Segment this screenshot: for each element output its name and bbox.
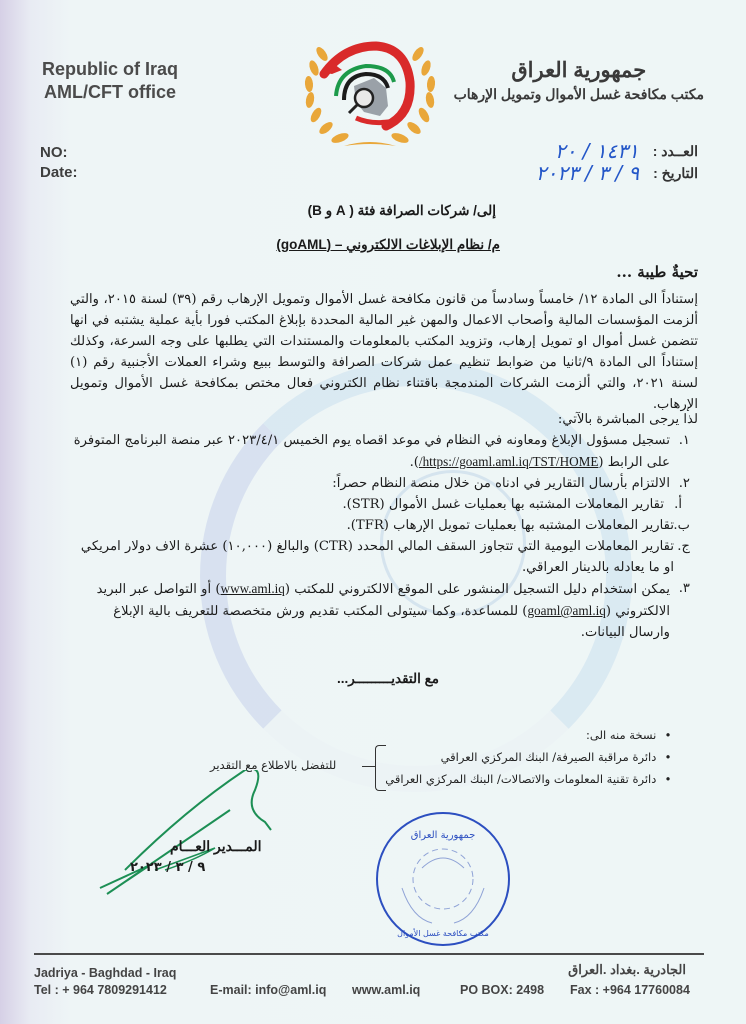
email-link[interactable]: goaml@aml.iq — [527, 603, 605, 618]
no-label: NO: — [40, 143, 78, 163]
footer-po-box: PO BOX: 2498 — [460, 983, 570, 997]
letterhead-english: Republic of Iraq AML/CFT office — [42, 58, 178, 104]
list-item: ٢. الالتزام بأرسال التقارير في ادناه من … — [70, 473, 690, 494]
letterhead-country-ar: جمهورية العراق — [454, 58, 704, 84]
footer-tel: Tel : + 964 7809291412 — [34, 983, 210, 997]
number-label-ar: العــدد : — [653, 140, 698, 162]
sub-list-item: ج. تقارير المعاملات اليومية التي تتجاوز … — [70, 536, 690, 578]
letter-page: Republic of Iraq AML/CFT office — [0, 0, 746, 1024]
sub-list-item: ب. تقارير المعاملات المشتبه بها بعمليات … — [70, 515, 690, 536]
footer-fax: Fax : +964 17760084 — [570, 983, 690, 997]
body-paragraph: إستناداً الى المادة ١٢/ خامساً وسادساً م… — [70, 289, 698, 415]
footer-email[interactable]: E-mail: info@aml.iq — [210, 983, 352, 997]
copy-recipient: دائرة تقنية المعلومات والاتصالات/ البنك … — [385, 772, 656, 786]
goaml-registration-link[interactable]: https://goaml.aml.iq/TST/HOME/ — [419, 454, 599, 469]
subject-line: م/ نظام الإبلاغات الالكتروني – (goAML) — [276, 234, 500, 255]
svg-text:مكتب مكافحة غسل الأموال: مكتب مكافحة غسل الأموال — [397, 928, 489, 938]
reference-arabic: العــدد : ١٤٣١ / ٢٠ التاريخ : ٩ / ٣ / ٢٠… — [536, 140, 698, 184]
handwritten-number: ١٤٣١ / ٢٠ — [555, 140, 639, 162]
list-item: ٣. يمكن استخدام دليل التسجيل المنشور على… — [70, 578, 690, 643]
footer-address-en: Jadriya - Baghdad - Iraq — [34, 964, 176, 983]
copy-recipient: دائرة مراقبة الصيرفة/ البنك المركزي العر… — [441, 750, 657, 764]
request-list: ١. تسجيل مسؤول الإبلاغ ومعاونه في النظام… — [70, 430, 690, 643]
footer-address-ar: الجادرية .بغداد .العراق — [568, 962, 686, 978]
svg-text:جمهورية العراق: جمهورية العراق — [411, 830, 476, 841]
letterhead-office-ar: مكتب مكافحة غسل الأموال وتمويل الإرهاب — [454, 84, 704, 104]
letterhead-arabic: جمهورية العراق مكتب مكافحة غسل الأموال و… — [454, 58, 704, 104]
signatory-title: المـــدير العـــام — [170, 838, 262, 855]
letterhead-office: AML/CFT office — [42, 81, 178, 104]
list-item: ١. تسجيل مسؤول الإبلاغ ومعاونه في النظام… — [70, 430, 690, 473]
copies-label: نسخة منه الى: — [586, 728, 656, 742]
signature-date: ٩ / ٣ / ٢٠٢٣ — [130, 860, 205, 875]
website-link[interactable]: www.aml.iq — [221, 581, 285, 596]
bullet-icon: • — [660, 746, 676, 768]
footer-divider — [34, 953, 704, 955]
footer-contacts: Tel : + 964 7809291412 E-mail: info@aml.… — [34, 983, 690, 997]
date-label-ar: التاريخ : — [653, 162, 698, 184]
date-label: Date: — [40, 163, 78, 183]
letterhead-country: Republic of Iraq — [42, 58, 178, 81]
official-stamp-icon: جمهورية العراق مكتب مكافحة غسل الأموال — [372, 808, 514, 950]
brace-icon — [375, 745, 386, 791]
bullet-icon: • — [660, 724, 676, 746]
signature-scribble-icon — [95, 770, 345, 900]
closing-remark: مع التقديـــــــــر... — [0, 671, 746, 687]
brace-tick — [362, 766, 375, 767]
copies-list: • نسخة منه الى: • دائرة مراقبة الصيرفة/ … — [385, 724, 676, 790]
aml-emblem-icon — [294, 34, 446, 156]
reference-english: NO: Date: — [40, 143, 78, 183]
footer-website[interactable]: www.aml.iq — [352, 983, 460, 997]
sub-list-item: أ. تقارير المعاملات المشتبه بها بعمليات … — [70, 494, 690, 515]
request-intro: لذا يرجى المباشرة بالآتي: — [70, 409, 698, 430]
handwritten-date: ٩ / ٣ / ٢٠٢٣ — [536, 162, 639, 184]
greeting: تحيةٌ طيبة ... — [616, 262, 698, 283]
bullet-icon: • — [660, 768, 676, 790]
addressee: إلى/ شركات الصرافة فئة ( A و B) — [308, 200, 496, 221]
